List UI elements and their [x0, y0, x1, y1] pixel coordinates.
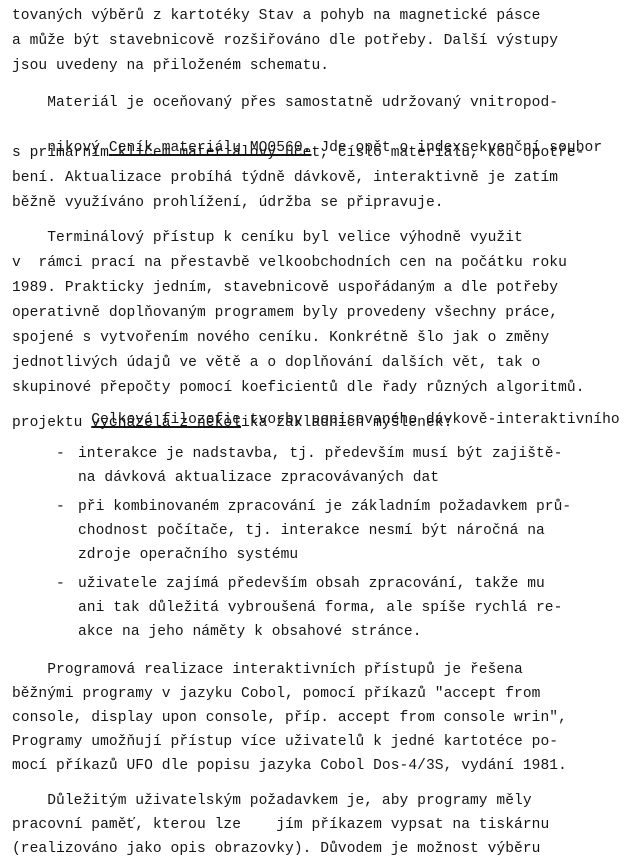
text-line: spojené s vytvořením nového ceníku. Konk… [12, 328, 549, 348]
text-line: projektu vycházela z několika základních… [12, 413, 452, 433]
text-line: Programy umožňují přístup více uživatelů… [12, 732, 558, 752]
text-line: s primárním klíčem materiálový účet, čís… [12, 143, 585, 163]
text-line: a může být stavebnicově rozšiřováno dle … [12, 31, 558, 51]
text-line: jednotlivých údajů ve větě a o doplňován… [12, 353, 540, 373]
bullet-text-line: ani tak důležitá vybroušená forma, ale s… [78, 598, 562, 618]
text-line: Terminálový přístup k ceníku byl velice … [12, 228, 523, 248]
text-line: v rámci prací na přestavbě velkoobchodní… [12, 253, 567, 273]
bullet-text-line: při kombinovaném zpracování je základním… [78, 497, 571, 517]
text-line: Materiál je oceňovaný přes samostatně ud… [12, 93, 558, 113]
bullet-text-line: na dávková aktualizace zpracovávaných da… [78, 468, 439, 488]
bullet-text-line: chodnost počítače, tj. interakce nesmí b… [78, 521, 545, 541]
bullet-text-line: uživatele zajímá především obsah zpracov… [78, 574, 545, 594]
dash-bullet-icon: - [56, 574, 65, 594]
text-line: mocí příkazů UFO dle popisu jazyka Cobol… [12, 756, 567, 776]
text-line: běžnými programy v jazyku Cobol, pomocí … [12, 684, 540, 704]
bullet-text-line: interakce je nadstavba, tj. především mu… [78, 444, 562, 464]
text-line: operativně doplňovaným programem byly pr… [12, 303, 558, 323]
scanned-document-page: tovaných výběrů z kartotéky Stav a pohyb… [0, 0, 629, 865]
dash-bullet-icon: - [56, 497, 65, 517]
bullet-text-line: akce na jeho náměty k obsahové stránce. [78, 622, 422, 642]
text-line: pracovní paměť, kterou lze jím příkazem … [12, 815, 549, 835]
text-line: Programová realizace interaktivních přís… [12, 660, 523, 680]
text-line: tovaných výběrů z kartotéky Stav a pohyb… [12, 6, 540, 26]
text-line: Důležitým uživatelským požadavkem je, ab… [12, 791, 532, 811]
bullet-text-line: zdroje operačního systému [78, 545, 298, 565]
text-line: běžně využíváno prohlížení, údržba se př… [12, 193, 444, 213]
dash-bullet-icon: - [56, 444, 65, 464]
text-line: (realizováno jako opis obrazovky). Důvod… [12, 839, 540, 859]
text-line: 1989. Prakticky jedním, stavebnicově usp… [12, 278, 558, 298]
text-line: bení. Aktualizace probíhá týdně dávkově,… [12, 168, 558, 188]
text-line: jsou uvedeny na přiloženém schematu. [12, 56, 329, 76]
text-line: console, display upon console, příp. acc… [12, 708, 567, 728]
